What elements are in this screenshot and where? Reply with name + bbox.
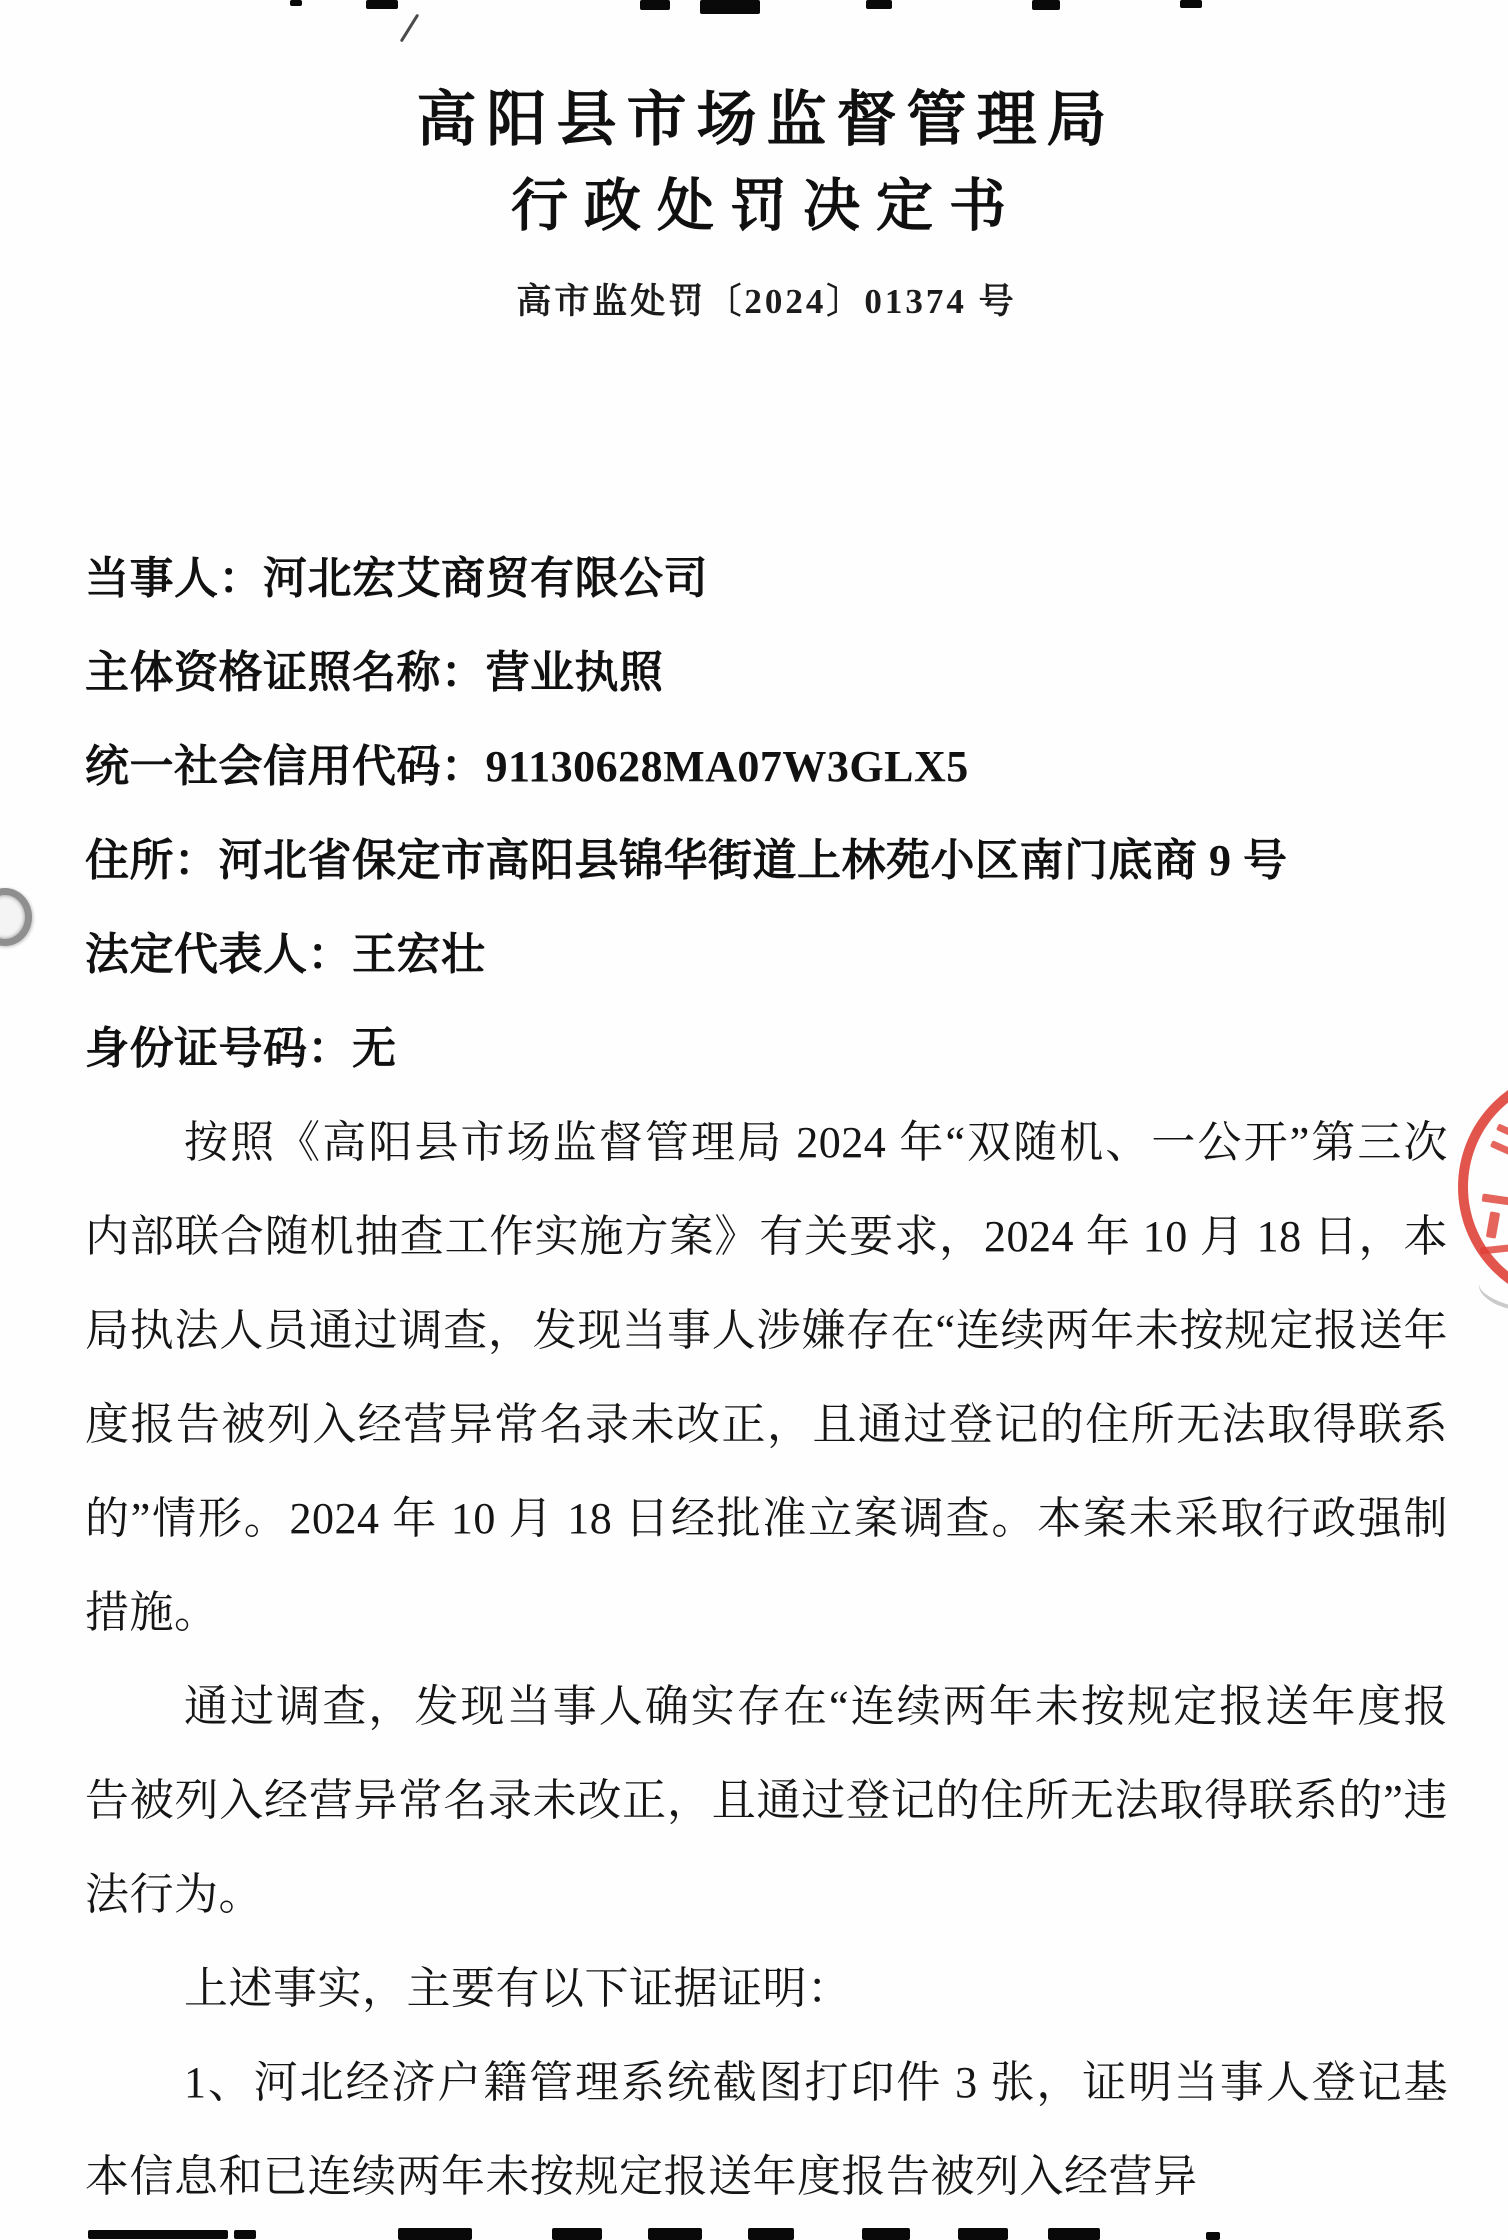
body-paragraph-evidence-intro: 上述事实，主要有以下证据证明： (85, 1942, 1448, 2036)
hole-punch-mark (0, 888, 32, 946)
document-content: 高阳县市场监督管理局 行政处罚决定书 高市监处罚〔2024〕01374 号 当事… (85, 80, 1448, 2224)
body-paragraph-case-filing: 按照《高阳县市场监督管理局 2024 年“双随机、一公开”第三次内部联合随机抽查… (85, 1096, 1448, 1660)
official-seal-partial (1458, 1068, 1508, 1306)
seal-character-fragment (1490, 1140, 1508, 1159)
seal-character-fragment (1486, 1211, 1500, 1238)
scan-artifact-bottom (552, 2228, 602, 2240)
body-paragraph-evidence-1: 1、河北经济户籍管理系统截图打印件 3 张，证明当事人登记基本信息和已连续两年未… (85, 2036, 1448, 2224)
scan-artifact-top (866, 0, 892, 9)
scan-artifact-bottom (88, 2230, 228, 2239)
document-number: 高市监处罚〔2024〕01374 号 (85, 274, 1448, 324)
scan-artifact-bottom (648, 2228, 702, 2240)
document-title-line2: 行政处罚决定书 (85, 166, 1448, 246)
document-title-line1: 高阳县市场监督管理局 (85, 80, 1448, 160)
scan-artifact-bottom (748, 2228, 794, 2240)
license-type-line: 主体资格证照名称：营业执照 (85, 626, 1448, 720)
scan-artifact-top (1180, 0, 1202, 8)
pen-mark-artifact (400, 14, 420, 43)
credit-code-line: 统一社会信用代码：91130628MA07W3GLX5 (85, 720, 1448, 814)
seal-character-fragment (1482, 1194, 1508, 1207)
scan-artifact-bottom (234, 2230, 256, 2239)
scanned-document-page: 高阳县市场监督管理局 行政处罚决定书 高市监处罚〔2024〕01374 号 当事… (0, 0, 1508, 2240)
address-line: 住所：河北省保定市高阳县锦华街道上林苑小区南门底商 9 号 (85, 814, 1448, 908)
party-name-line: 当事人：河北宏艾商贸有限公司 (85, 532, 1448, 626)
scan-artifact-bottom (958, 2228, 1008, 2240)
body-paragraph-findings: 通过调查，发现当事人确实存在“连续两年未按规定报送年度报告被列入经营异常名录未改… (85, 1660, 1448, 1942)
scan-artifact-bottom (862, 2228, 910, 2240)
document-body: 当事人：河北宏艾商贸有限公司 主体资格证照名称：营业执照 统一社会信用代码：91… (85, 532, 1448, 2224)
seal-character-fragment (1480, 1244, 1508, 1254)
seal-character-fragment (1496, 1123, 1508, 1143)
scan-artifact-bottom (1048, 2228, 1100, 2240)
seal-smudge-mark (1475, 1269, 1508, 1316)
legal-rep-line: 法定代表人：王宏壮 (85, 908, 1448, 1002)
scan-artifact-top (290, 0, 302, 6)
scan-artifact-top (366, 0, 398, 9)
scan-artifact-top (1032, 0, 1060, 10)
scan-artifact-top (640, 0, 670, 10)
id-number-line: 身份证号码：无 (85, 1002, 1448, 1096)
scan-artifact-bottom (1206, 2232, 1220, 2240)
scan-artifact-top (700, 0, 760, 14)
scan-artifact-bottom (398, 2228, 472, 2240)
